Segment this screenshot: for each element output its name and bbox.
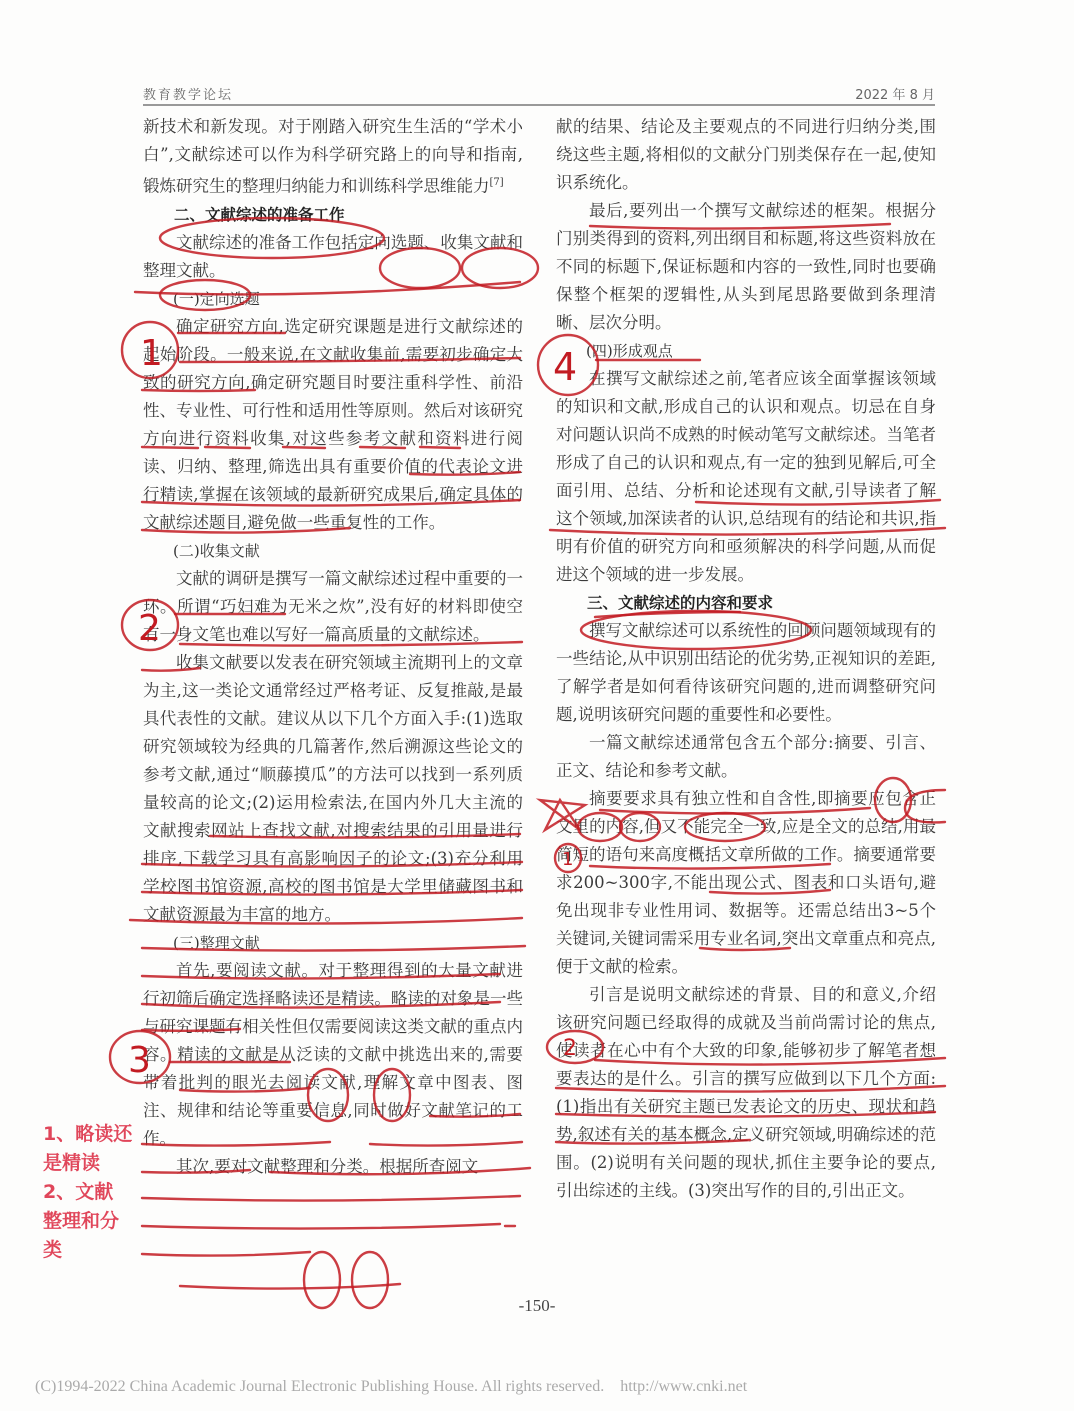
subsection-heading: (三)整理文献	[143, 929, 523, 957]
paragraph: 确定研究方向,选定研究课题是进行文献综述的起始阶段。一般来说,在文献收集前,需要…	[143, 313, 523, 537]
header-rule	[143, 104, 935, 106]
paragraph: 文献综述的准备工作包括定向选题、收集文献和整理文献。	[143, 229, 523, 285]
handwritten-side-note: 1、略读还 是精读 2、文献 整理和分 类	[43, 1120, 138, 1265]
subsection-heading: (一)定向选题	[143, 285, 523, 313]
paragraph: 其次,要对文献整理和分类。根据所查阅文	[143, 1153, 523, 1181]
paragraph: 最后,要列出一个撰写文献综述的框架。根据分门别类得到的资料,列出纲目和标题,将这…	[556, 197, 936, 337]
paragraph: 在撰写文献综述之前,笔者应该全面掌握该领域的知识和文献,形成自己的认识和观点。切…	[556, 365, 936, 589]
issue-date: 2022 年 8 月	[855, 84, 935, 103]
paragraph: 撰写文献综述可以系统性的回顾问题领域现有的一些结论,从中识别出结论的优劣势,正视…	[556, 617, 936, 729]
subsection-heading: (四)形成观点	[556, 337, 936, 365]
copyright-notice: (C)1994-2022 China Academic Journal Elec…	[35, 1378, 747, 1396]
paragraph: 一篇文献综述通常包含五个部分:摘要、引言、正文、结论和参考文献。	[556, 729, 936, 785]
page-number: -150-	[0, 1296, 1074, 1316]
paragraph: 摘要要求具有独立性和自含性,即摘要应包含正文里的内容,但又不能完全一致,应是全文…	[556, 785, 936, 981]
citation: [7]	[490, 177, 504, 188]
page-header: 教育教学论坛 2022 年 8 月	[143, 84, 935, 104]
paragraph: 引言是说明文献综述的背景、目的和意义,介绍该研究问题已经取得的成就及当前尚需讨论…	[556, 981, 936, 1205]
section-heading: 三、文献综述的内容和要求	[556, 589, 936, 617]
right-column: 献的结果、结论及主要观点的不同进行归纳分类,围绕这些主题,将相似的文献分门别类保…	[556, 113, 936, 1205]
paragraph: 献的结果、结论及主要观点的不同进行归纳分类,围绕这些主题,将相似的文献分门别类保…	[556, 113, 936, 197]
journal-name: 教育教学论坛	[143, 84, 233, 103]
section-heading: 二、文献综述的准备工作	[143, 201, 523, 229]
paragraph: 新技术和新发现。对于刚踏入研究生生活的“学术小白”,文献综述可以作为科学研究路上…	[143, 113, 523, 201]
paragraph: 文献的调研是撰写一篇文献综述过程中重要的一环。所谓“巧妇难为无米之炊”,没有好的…	[143, 565, 523, 649]
paragraph: 收集文献要以发表在研究领域主流期刊上的文章为主,这一类论文通常经过严格考证、反复…	[143, 649, 523, 929]
paragraph: 首先,要阅读文献。对于整理得到的大量文献进行初筛后确定选择略读还是精读。略读的对…	[143, 957, 523, 1153]
subsection-heading: (二)收集文献	[143, 537, 523, 565]
left-column: 新技术和新发现。对于刚踏入研究生生活的“学术小白”,文献综述可以作为科学研究路上…	[143, 113, 523, 1181]
